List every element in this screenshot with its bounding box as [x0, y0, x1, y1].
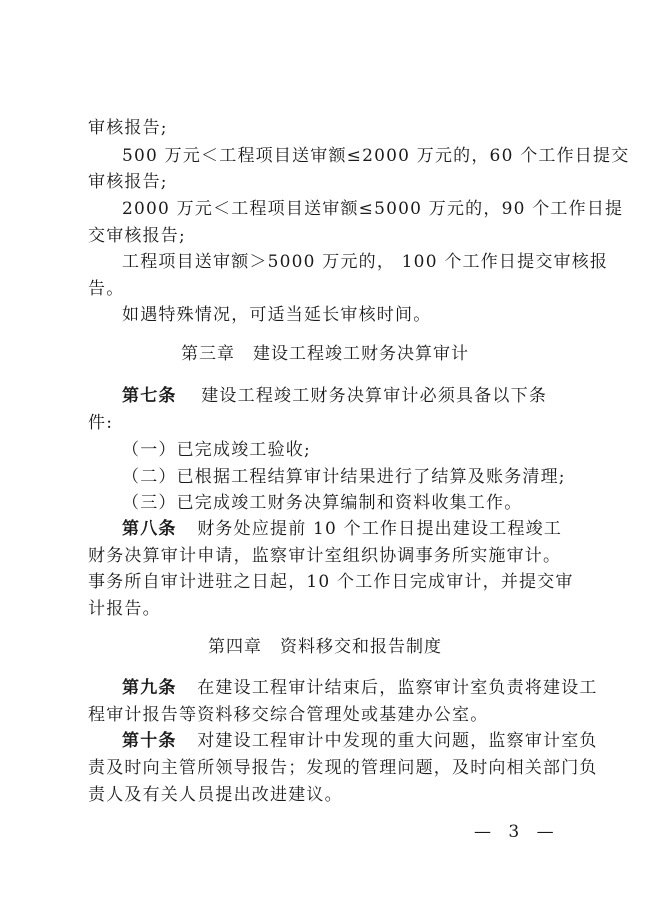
- article-text: 建设工程竣工财务决算审计必须具备以下条: [201, 386, 547, 406]
- text-line: 程审计报告等资料移交综合管理处或基建办公室。: [88, 705, 566, 725]
- text-line: 事务所自审计进驻之日起，10 个工作日完成审计，并提交审: [88, 572, 566, 592]
- text-line: 500 万元＜工程项目送审额≤2000 万元的，60 个工作日提交: [122, 146, 566, 166]
- page-number: — 3 —: [474, 822, 560, 842]
- article-9: 第九条 在建设工程审计结束后，监察审计室负责将建设工: [122, 678, 566, 698]
- text-line: 交审核报告;: [88, 226, 566, 246]
- text-line: 件:: [88, 413, 566, 433]
- article-10: 第十条 对建设工程审计中发现的重大问题，监察审计室负: [122, 731, 566, 751]
- text-line: 财务决算审计申请，监察审计室组织协调事务所实施审计。: [88, 546, 566, 566]
- text-line: 2000 万元＜工程项目送审额≤5000 万元的，90 个工作日提: [122, 199, 566, 219]
- text-line: 审核报告;: [88, 118, 566, 138]
- list-item: （二）已根据工程结算审计结果进行了结算及账务清理;: [122, 467, 566, 487]
- chapter-heading: 第三章 建设工程竣工财务决算审计: [0, 344, 650, 364]
- article-text: 对建设工程审计中发现的重大问题，监察审计室负: [197, 731, 597, 751]
- text-line: 责及时向主管所领导报告；发现的管理问题，及时向相关部门负: [88, 758, 566, 778]
- article-label: 第八条: [122, 519, 177, 539]
- article-text: 财务处应提前 10 个工作日提出建设工程竣工: [197, 519, 562, 539]
- text-line: 责人及有关人员提出改进建议。: [88, 785, 566, 805]
- article-label: 第十条: [122, 731, 177, 751]
- article-7: 第七条 建设工程竣工财务决算审计必须具备以下条: [122, 386, 566, 406]
- list-item: （三）已完成竣工财务决算编制和资料收集工作。: [122, 493, 566, 513]
- text-line: 审核报告;: [88, 172, 566, 192]
- text-line: 告。: [88, 279, 566, 299]
- article-label: 第七条: [122, 386, 177, 406]
- chapter-heading: 第四章 资料移交和报告制度: [0, 637, 650, 657]
- article-8: 第八条 财务处应提前 10 个工作日提出建设工程竣工: [122, 519, 566, 539]
- text-line: 如遇特殊情况，可适当延长审核时间。: [122, 305, 566, 325]
- text-line: 工程项目送审额＞5000 万元的， 100 个工作日提交审核报: [122, 252, 566, 272]
- article-text: 在建设工程审计结束后，监察审计室负责将建设工: [197, 678, 597, 698]
- article-label: 第九条: [122, 678, 177, 698]
- list-item: （一）已完成竣工验收;: [122, 440, 566, 460]
- text-line: 计报告。: [88, 599, 566, 619]
